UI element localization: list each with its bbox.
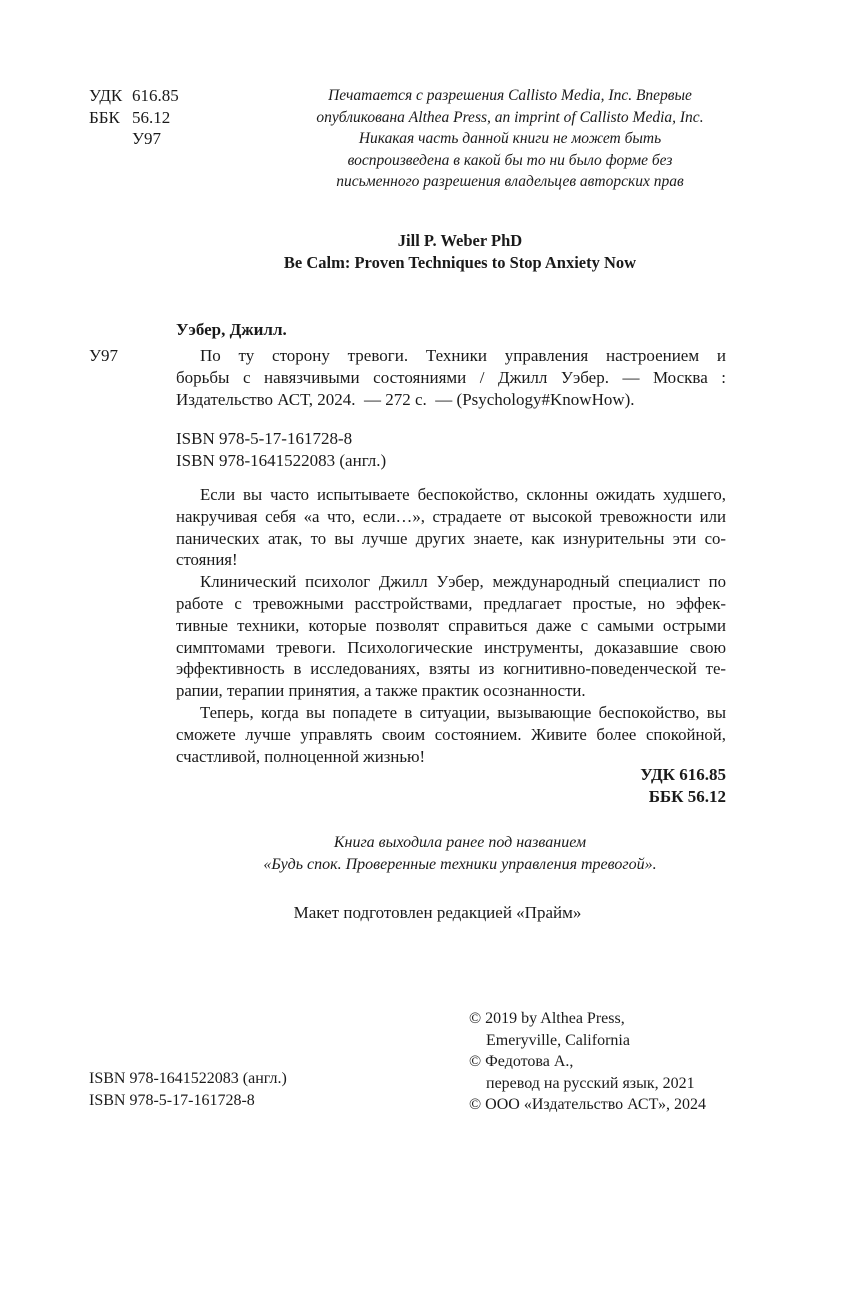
annotation-line: Теперь, когда вы попадете в ситуации, вы… (176, 702, 726, 724)
annotation-paragraph: Если вы часто испытываете беспокойство, … (176, 484, 726, 571)
copyright-icon: © (469, 1053, 481, 1070)
annotation-line: работе с тревожными расстройствами, пред… (176, 593, 726, 615)
udk-row: УДК616.85 (89, 85, 179, 107)
previous-title-note: Книга выходила ранее под названием «Будь… (160, 832, 760, 876)
udk-footer: УДК 616.85 (560, 764, 726, 786)
bib-line: По ту сторону тревоги. Техники управлени… (176, 345, 726, 367)
permission-line: Никакая часть данной книги не может быть (290, 128, 730, 150)
copyright-text: ООО «Издательство АСТ», 2024 (485, 1096, 706, 1113)
author-mark: У97 (89, 128, 179, 150)
permission-line: письменного разрешения владельцев авторс… (290, 171, 730, 193)
copyright-continuation: Emeryville, California (469, 1030, 706, 1052)
isbn-list: ISBN 978-5-17-161728-8 ISBN 978-16415220… (176, 428, 386, 472)
layout-credit: Макет подготовлен редакцией «Прайм» (160, 902, 715, 924)
classification-footer: УДК 616.85 ББК 56.12 (560, 764, 726, 808)
copyright-icon: © (469, 1010, 481, 1027)
classification-codes: УДК616.85 ББК56.12 У97 (89, 85, 179, 150)
copyright-icon: © (469, 1096, 481, 1113)
annotation-line: эффективность в исследованиях, взяты из … (176, 658, 726, 680)
author-heading: Уэбер, Джилл. (176, 319, 287, 341)
annotation-line: Если вы часто испытываете беспокойство, … (176, 484, 726, 506)
bib-line: Издательство АСТ, 2024. — 272 с. — (Psyc… (176, 389, 726, 411)
bibliographic-description: По ту сторону тревоги. Техники управлени… (176, 345, 726, 411)
annotation-line: симптомами тревоги. Психологические инст… (176, 637, 726, 659)
copyright-entry: © 2019 by Althea Press, (469, 1008, 706, 1030)
copyright-entry: © ООО «Издательство АСТ», 2024 (469, 1094, 706, 1116)
previous-title-line: «Будь спок. Проверенные техники управлен… (160, 854, 760, 876)
permission-line: Печатается с разрешения Callisto Media, … (290, 85, 730, 107)
annotation-line: сможете лучше управлять своим состоянием… (176, 724, 726, 746)
isbn-russian: ISBN 978-5-17-161728-8 (176, 428, 386, 450)
original-title: Be Calm: Proven Techniques to Stop Anxie… (160, 252, 760, 274)
annotation-line: тивные техники, которые позволят справит… (176, 615, 726, 637)
copyright-continuation: перевод на русский язык, 2021 (469, 1073, 706, 1095)
udk-value: 616.85 (132, 86, 179, 105)
copyright-entry: © Федотова А., (469, 1051, 706, 1073)
permission-note: Печатается с разрешения Callisto Media, … (290, 85, 730, 193)
annotation-line: рапии, терапии принятия, а также практик… (176, 680, 726, 702)
annotation-line: Клинический психолог Джилл Уэбер, междун… (176, 571, 726, 593)
annotation-line: панических атак, то вы лучше других знае… (176, 528, 726, 550)
bibliographic-code: У97 (89, 345, 118, 367)
permission-line: воспроизведена в какой бы то ни было фор… (290, 150, 730, 172)
isbn-bottom-list: ISBN 978-1641522083 (англ.) ISBN 978-5-1… (89, 1068, 287, 1111)
annotation: Если вы часто испытываете беспокойство, … (176, 484, 726, 767)
annotation-line: накручивая себя «а что, если…», страдает… (176, 506, 726, 528)
bbk-value: 56.12 (132, 108, 170, 127)
copyright-block: © 2019 by Althea Press, Emeryville, Cali… (469, 1008, 706, 1116)
annotation-line: стояния! (176, 549, 726, 571)
annotation-paragraph: Клинический психолог Джилл Уэбер, междун… (176, 571, 726, 702)
annotation-paragraph: Теперь, когда вы попадете в ситуации, вы… (176, 702, 726, 767)
copyright-text: Федотова А., (485, 1053, 573, 1070)
bbk-footer: ББК 56.12 (560, 786, 726, 808)
permission-line: опубликована Althea Press, an imprint of… (290, 107, 730, 129)
isbn-english: ISBN 978-1641522083 (англ.) (176, 450, 386, 472)
udk-label: УДК (89, 85, 132, 107)
original-edition: Jill P. Weber PhD Be Calm: Proven Techni… (160, 230, 760, 273)
copyright-text: 2019 by Althea Press, (485, 1010, 625, 1027)
isbn-russian-bottom: ISBN 978-5-17-161728-8 (89, 1090, 287, 1112)
original-author: Jill P. Weber PhD (160, 230, 760, 252)
isbn-english-bottom: ISBN 978-1641522083 (англ.) (89, 1068, 287, 1090)
previous-title-line: Книга выходила ранее под названием (160, 832, 760, 854)
bib-line: борьбы с навязчивыми состояниями / Джилл… (176, 367, 726, 389)
bbk-row: ББК56.12 (89, 107, 179, 129)
bbk-label: ББК (89, 107, 132, 129)
